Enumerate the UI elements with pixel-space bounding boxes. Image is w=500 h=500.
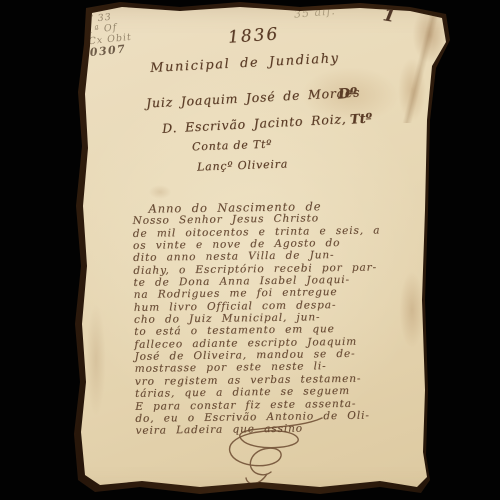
subheading-note: Conta de Ttº (192, 138, 273, 154)
subheading-note: Lançº Oliveira (197, 157, 288, 173)
ditto-mark: Ttº (350, 111, 373, 128)
record-paragraph: Anno do Nascimento de Nosso Senhor Jesus… (132, 199, 403, 437)
year-heading: 1836 (227, 24, 280, 48)
ditto-mark: Dº (337, 85, 357, 102)
stamp-number: 0307 (89, 43, 133, 58)
signature-flourish-icon (172, 412, 342, 492)
municipal-title: Municipal de Jundiahy (150, 51, 340, 76)
official-entry-scribe: D. Escrivão Jacinto Roiz, (162, 111, 347, 136)
official-entry-judge: Juiz Joaquim José de Moraes (146, 84, 361, 110)
archival-pencil-stamp: T 33 1ª Of Cx Obit 0307 (86, 10, 134, 58)
photograph-background: T 33 1ª Of Cx Obit 0307 35 alf. 1 1836 M… (0, 0, 500, 500)
